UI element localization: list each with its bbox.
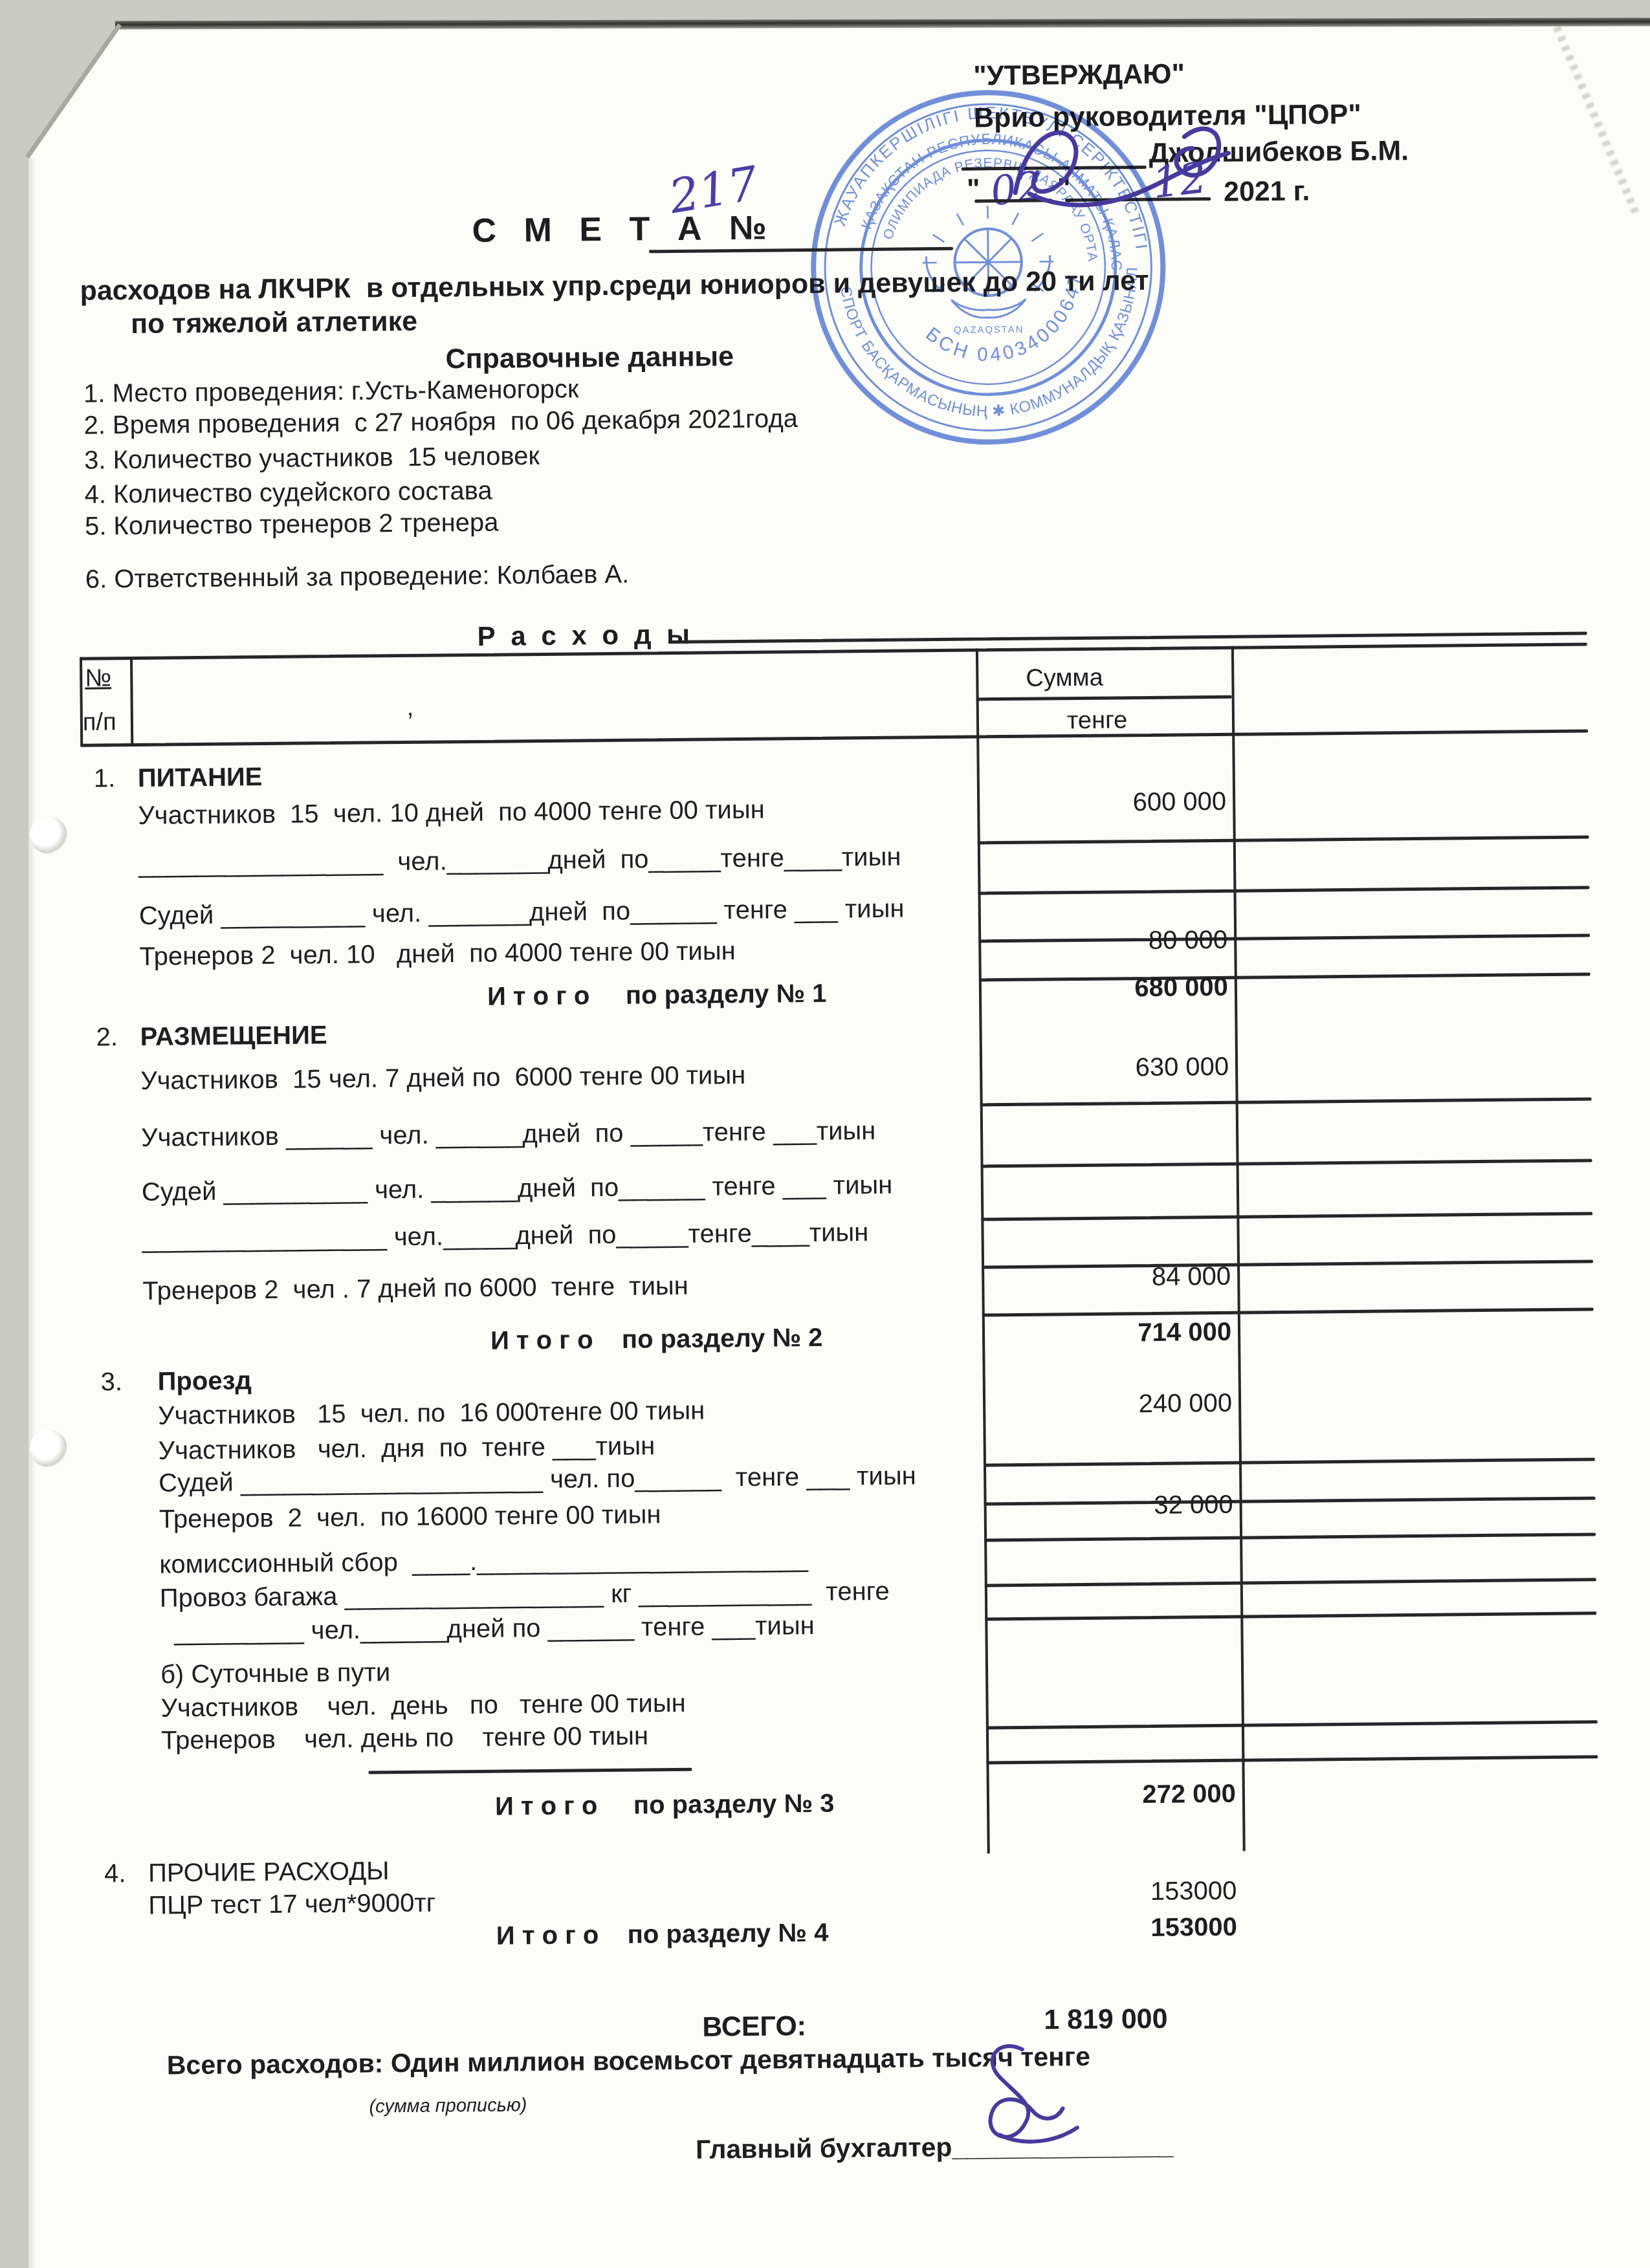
table-line (981, 1212, 1592, 1221)
row-text: Судей __________ чел. _______дней по____… (139, 895, 905, 930)
table-line (978, 886, 1590, 895)
section-total-sum: 714 000 (992, 1318, 1231, 1349)
row-text: _________ чел.______дней по ______ тенге… (174, 1612, 815, 1645)
table-line (369, 1768, 692, 1774)
stamp-emblem-caption: QAZAQSTAN (954, 325, 1024, 336)
row-text: Проезд (158, 1367, 252, 1395)
reference-item-4: 4. Количество судейского состава (84, 477, 492, 508)
amount-words-note: (сумма прописью) (369, 2095, 527, 2117)
row-text: ПРОЧИЕ РАСХОДЫ (148, 1857, 390, 1887)
table-line (985, 1578, 1596, 1587)
reference-item-2: 2. Время проведения с 27 ноября по 06 де… (83, 405, 798, 439)
row-number: 2. (96, 1023, 118, 1051)
row-text: Участников 15 чел. 7 дней по 6000 тенге … (140, 1062, 745, 1095)
reference-item-6: 6. Ответственный за проведение: Колбаев … (85, 561, 630, 593)
table-line (80, 729, 1588, 747)
row-text: Участников 15 чел. 10 дней по 4000 тенге… (138, 796, 765, 829)
row-sum: 630 000 (989, 1052, 1229, 1084)
section-total-sum: 153000 (998, 1913, 1237, 1945)
document-content: "УТВЕРЖДАЮ" Врио руководителя "ЦПОР" Джо… (0, 0, 1650, 2268)
row-text: ПЦР тест 17 чел*9000тг (148, 1890, 435, 1919)
table-line (1231, 646, 1246, 1851)
col-header-no: № (85, 666, 111, 692)
row-text: Тренеров 2 чел . 7 дней по 6000 тенге ти… (142, 1272, 688, 1305)
col-header-desc-mark: , (407, 695, 414, 721)
reference-item-5: 5. Количество тренеров 2 тренера (85, 509, 499, 540)
accountant-signature (960, 2031, 1090, 2155)
reference-heading: Справочные данные (445, 342, 734, 374)
row-sum: 240 000 (993, 1389, 1232, 1421)
table-line (976, 695, 1232, 701)
section-total-label: И т о г о по разделу № 4 (496, 1919, 829, 1950)
section-total-sum: 272 000 (996, 1780, 1236, 1811)
row-text: Участников чел. день по тенге 00 тиын (160, 1690, 685, 1722)
section-total-label: И т о г о по разделу № 3 (495, 1790, 835, 1820)
table-line (978, 835, 1589, 844)
table-line (80, 657, 83, 747)
row-text: Участников ______ чел. ______дней по ___… (141, 1117, 876, 1151)
table-line (984, 1457, 1595, 1467)
accountant-label: Главный бухгалтер_______________ (696, 2132, 1174, 2164)
row-text: б) Суточные в пути (160, 1659, 391, 1688)
approver-signature (990, 114, 1244, 226)
row-text: Тренеров чел. день по тенге 00 тиын (161, 1722, 648, 1754)
row-text: Судей _____________________ чел. по_____… (159, 1462, 916, 1496)
row-text: РАЗМЕЩЕНИЕ (140, 1021, 327, 1051)
reference-item-1: 1. Место проведения: г.Усть-Каменогорск (83, 375, 579, 407)
scanner-background: "УТВЕРЖДАЮ" Врио руководителя "ЦПОР" Джо… (0, 0, 1650, 2268)
row-text: Провоз багажа __________________ кг ____… (160, 1578, 890, 1612)
row-number: 4. (104, 1860, 126, 1887)
row-sum: 600 000 (987, 787, 1226, 819)
row-text: Судей __________ чел. ______дней по_____… (142, 1172, 893, 1206)
grand-total-label: ВСЕГО: (702, 2012, 806, 2042)
amount-in-words: Всего расходов: Один миллион восемьсот д… (167, 2043, 1090, 2080)
row-sum: 80 000 (988, 926, 1227, 957)
row-text: Тренеров 2 чел. по 16000 тенге 00 тиын (159, 1501, 661, 1532)
table-line (981, 1159, 1592, 1168)
col-header-sum: Сумма (1026, 666, 1103, 692)
row-number: 1. (94, 765, 116, 792)
table-line (984, 1532, 1596, 1542)
row-sum: 153000 (997, 1877, 1237, 1908)
smeta-label: С М Е Т А № (472, 210, 776, 248)
table-line (980, 1097, 1592, 1106)
row-text: комиссионный сбор ____._________________… (159, 1545, 808, 1578)
table-line (982, 1307, 1594, 1316)
document-title-line2: по тяжелой атлетике (131, 307, 417, 339)
section-total-sum: 680 000 (989, 973, 1228, 1005)
expenses-heading: Р а с х о д ы (477, 620, 694, 651)
table-line (976, 648, 990, 1853)
row-text: Участников 15 чел. по 16 000тенге 00 тиы… (158, 1397, 705, 1430)
section-total-label: И т о г о по разделу № 1 (487, 980, 827, 1010)
col-header-pp: п/п (83, 710, 116, 736)
table-line (668, 631, 1587, 644)
row-sum: 84 000 (991, 1262, 1231, 1294)
row-text: Участников чел. дня по тенге ___тиын (159, 1432, 655, 1464)
scanned-document-page: { "approval": { "quoted_title": "\"УТВЕР… (0, 0, 1650, 2268)
row-text: Тренеров 2 чел. 10 дней по 4000 тенге 00… (139, 937, 736, 970)
section-total-label: И т о г о по разделу № 2 (490, 1324, 823, 1355)
row-text: _________________ чел._____дней по_____т… (142, 1219, 868, 1253)
table-line (986, 1755, 1598, 1764)
col-header-tenge: тенге (1067, 708, 1128, 734)
table-line (986, 1720, 1598, 1729)
table-line (985, 1611, 1596, 1620)
row-sum: 32 000 (993, 1490, 1233, 1522)
row-text: ПИТАНИЕ (138, 763, 263, 792)
table-line (80, 642, 1587, 660)
row-text: _________________ чел._______дней по____… (138, 844, 901, 878)
table-line (130, 657, 133, 746)
reference-item-3: 3. Количество участников 15 человек (84, 442, 540, 474)
row-number: 3. (101, 1368, 123, 1395)
